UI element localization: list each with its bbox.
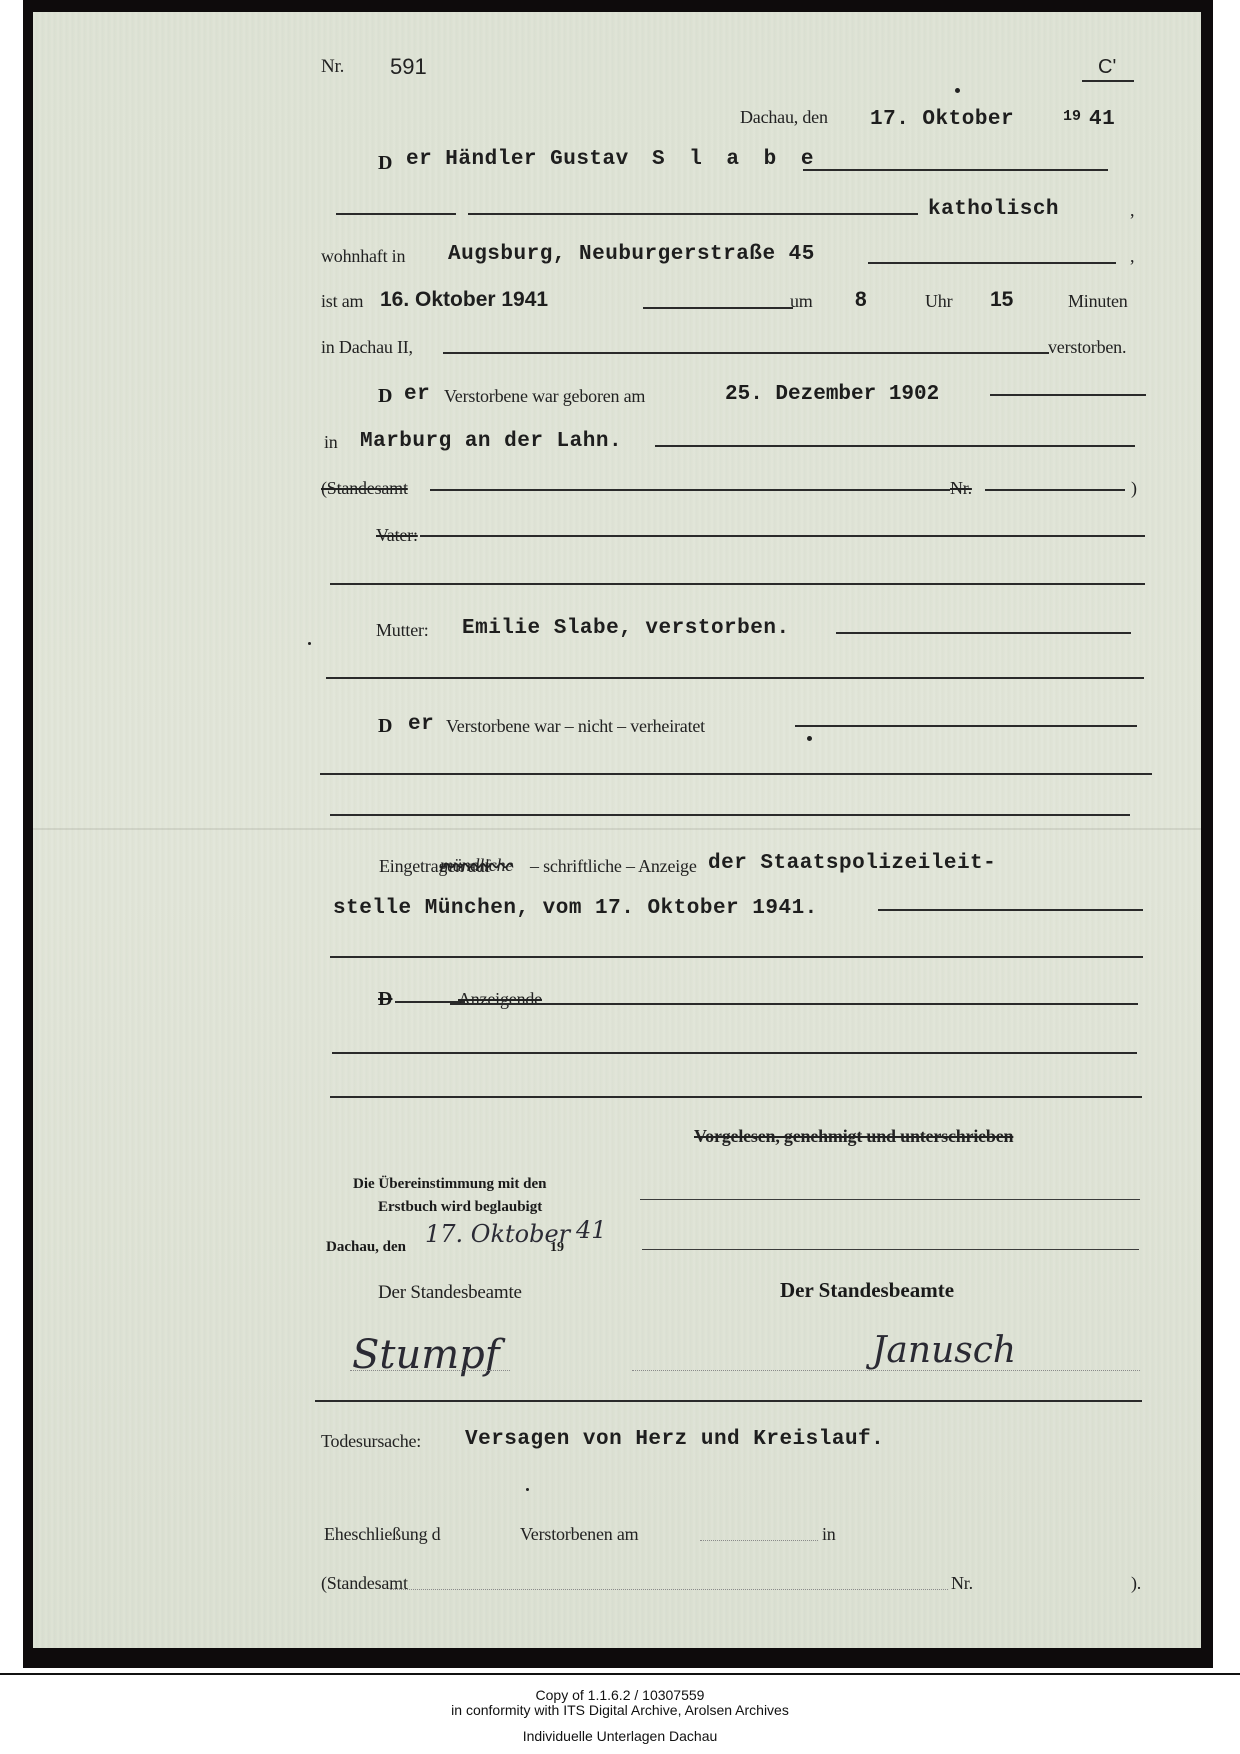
fill-line bbox=[336, 213, 456, 215]
signature-right: Janusch bbox=[872, 1330, 1016, 1371]
fill-line bbox=[450, 1003, 1138, 1005]
place-date-label: Dachau, den bbox=[740, 107, 828, 128]
registration-type-label: – schriftliche – Anzeige bbox=[530, 856, 697, 877]
religion-value: katholisch bbox=[928, 198, 1059, 221]
certification-line1: Die Übereinstimmung mit den bbox=[353, 1176, 546, 1193]
death-date-label: ist am bbox=[321, 291, 363, 312]
registration-struck-word: mündliche bbox=[440, 855, 513, 876]
birth-prefix: D bbox=[378, 385, 392, 408]
mother-value: Emilie Slabe, verstorben. bbox=[462, 617, 790, 640]
certification-place-label: Dachau, den bbox=[326, 1239, 406, 1256]
marriage-label-2: Verstorbenen am bbox=[520, 1524, 638, 1545]
fill-line bbox=[878, 909, 1143, 911]
marriage-in-label: in bbox=[822, 1524, 836, 1545]
footer-separator bbox=[0, 1673, 1240, 1675]
death-hour: 8 bbox=[855, 288, 867, 312]
father-line bbox=[420, 535, 1145, 537]
signature-line bbox=[642, 1249, 1139, 1250]
fill-line bbox=[330, 583, 1145, 585]
marital-prefix: D bbox=[378, 715, 392, 738]
official-left-title: Der Standesbeamte bbox=[378, 1282, 522, 1304]
certification-handwritten-date: 17. Oktober bbox=[425, 1220, 570, 1248]
corner-mark: C' bbox=[1098, 56, 1116, 79]
registration-authority-cont: stelle München, vom 17. Oktober 1941. bbox=[333, 897, 818, 920]
official-right-title: Der Standesbeamte bbox=[780, 1278, 954, 1303]
birth-place-in: in bbox=[324, 432, 338, 453]
birth-label: Verstorbene war geboren am bbox=[444, 386, 645, 407]
deceased-occupation-name: er Händler Gustav bbox=[406, 148, 629, 171]
nr-label: Nr. bbox=[321, 56, 344, 78]
marital-label: Verstorbene war – nicht – verheiratet bbox=[446, 716, 705, 737]
footer-copy-ref: Copy of 1.1.6.2 / 10307559 bbox=[0, 1688, 1240, 1703]
ink-dot bbox=[526, 1488, 529, 1491]
fill-line bbox=[320, 773, 1152, 775]
fill-line bbox=[803, 169, 1108, 171]
fill-line bbox=[330, 1096, 1142, 1098]
birth-place: Marburg an der Lahn. bbox=[360, 430, 622, 453]
dotted-line bbox=[632, 1370, 1140, 1371]
document-date: 17. Oktober bbox=[870, 108, 1014, 131]
certification-line2: Erstbuch wird beglaubigt bbox=[378, 1199, 542, 1216]
marriage-registry-label: (Standesamt bbox=[321, 1573, 408, 1594]
dotted-line bbox=[390, 1589, 948, 1590]
certification-year-prefix: 19 bbox=[550, 1240, 564, 1256]
fill-line bbox=[655, 445, 1135, 447]
fill-line bbox=[985, 489, 1125, 491]
fill-line bbox=[795, 725, 1137, 727]
footer-conformity: in conformity with ITS Digital Archive, … bbox=[0, 1703, 1240, 1718]
read-signed-note: Vorgelesen, genehmigt und unterschrieben bbox=[694, 1126, 1013, 1147]
cause-of-death-label: Todesursache: bbox=[321, 1431, 421, 1452]
death-date: 16. Oktober 1941 bbox=[380, 288, 548, 312]
cause-of-death-value: Versagen von Herz und Kreislauf. bbox=[465, 1428, 884, 1451]
certification-handwritten-year: 41 bbox=[576, 1216, 607, 1244]
informant-label: Anzeigende bbox=[458, 989, 542, 1010]
fill-line bbox=[330, 956, 1143, 958]
fill-line bbox=[332, 1052, 1137, 1054]
fill-line bbox=[430, 489, 950, 491]
fill-line bbox=[868, 262, 1116, 264]
year-prefix: 19 bbox=[1063, 108, 1081, 125]
death-minutes: 15 bbox=[990, 288, 1013, 312]
fill-line bbox=[330, 814, 1130, 816]
minutes-label: Minuten bbox=[1068, 291, 1128, 312]
deceased-prefix: D bbox=[378, 152, 392, 175]
residence-value: Augsburg, Neuburgerstraße 45 bbox=[448, 243, 815, 266]
fill-line bbox=[326, 677, 1144, 679]
fill-line bbox=[643, 307, 793, 309]
deceased-surname: S l a b e bbox=[652, 148, 819, 171]
section-divider bbox=[315, 1400, 1142, 1402]
residence-label: wohnhaft in bbox=[321, 246, 405, 267]
birth-registry-close: ) bbox=[1131, 478, 1137, 499]
dotted-line bbox=[350, 1370, 510, 1371]
died-label: verstorben. bbox=[1048, 337, 1126, 358]
hour-label: Uhr bbox=[925, 291, 952, 312]
registration-authority: der Staatspolizeileit- bbox=[708, 852, 996, 875]
birth-registry-nr: Nr. bbox=[950, 478, 972, 499]
comma: , bbox=[1130, 200, 1134, 221]
ink-dot bbox=[807, 736, 812, 741]
fill-line bbox=[468, 213, 918, 215]
fill-line bbox=[443, 352, 1049, 354]
marriage-label: Eheschließung d bbox=[324, 1524, 440, 1545]
marriage-registry-nr: Nr. bbox=[951, 1573, 973, 1594]
mother-label: Mutter: bbox=[376, 620, 429, 641]
marital-er: er bbox=[408, 713, 434, 736]
register-number: 591 bbox=[390, 54, 427, 80]
death-place-label: in Dachau II, bbox=[321, 337, 413, 358]
footer-collection: Individuelle Unterlagen Dachau bbox=[0, 1729, 1240, 1744]
fill-line bbox=[836, 632, 1131, 634]
marriage-registry-close: ). bbox=[1131, 1573, 1141, 1594]
corner-underline bbox=[1082, 80, 1134, 82]
father-label: Vater: bbox=[376, 525, 418, 546]
informant-prefix: D bbox=[378, 988, 392, 1011]
signature-line bbox=[640, 1199, 1140, 1200]
paper-fold bbox=[33, 828, 1201, 830]
fill-line bbox=[990, 394, 1146, 396]
birth-registry-label: (Standesamt bbox=[321, 478, 408, 499]
ink-dot bbox=[308, 642, 311, 645]
comma: , bbox=[1130, 246, 1134, 267]
year-suffix: 41 bbox=[1089, 108, 1115, 131]
birth-er: er bbox=[404, 383, 430, 406]
ink-dot bbox=[955, 88, 960, 93]
dotted-line bbox=[700, 1540, 818, 1541]
signature-left: Stumpf bbox=[352, 1332, 500, 1378]
um-label: um bbox=[790, 291, 813, 312]
birth-date: 25. Dezember 1902 bbox=[725, 383, 939, 406]
